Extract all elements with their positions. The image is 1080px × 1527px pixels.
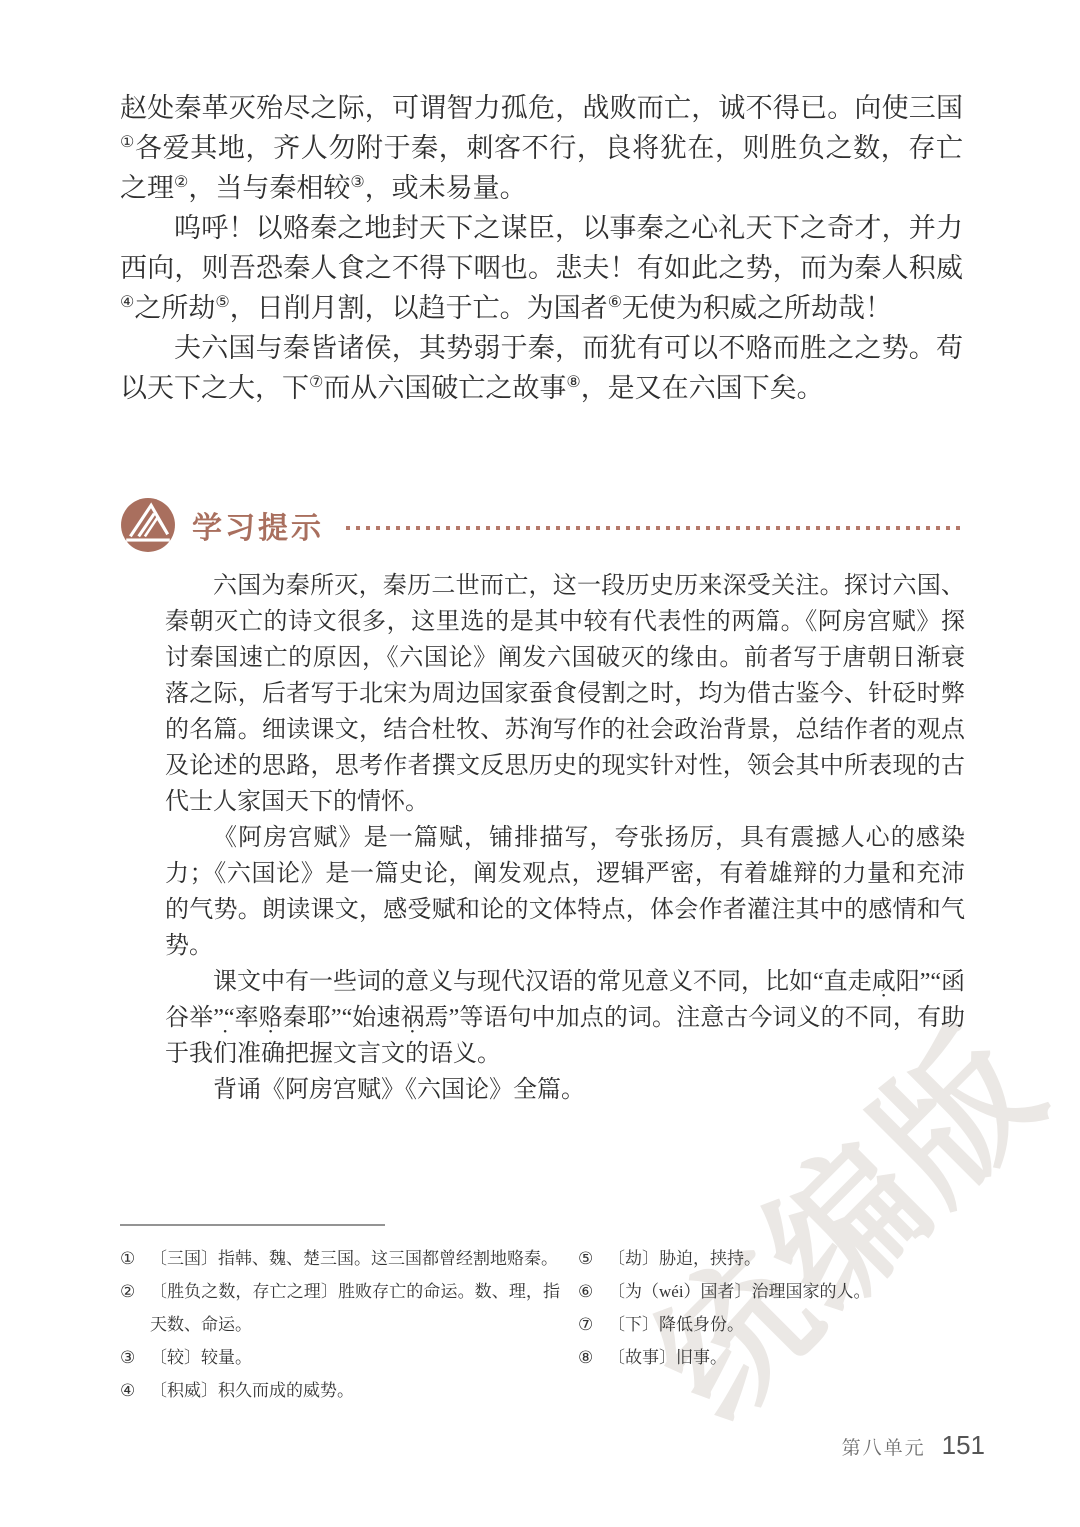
footnote-number: ⑥ [578,1275,608,1308]
text-run: 六国为秦所灭，秦历二世而亡，这一段历史历来深受关注。探讨六国、秦朝灭亡的诗文很多… [165,573,965,815]
footnote-item: ① 〔三国〕指韩、魏、楚三国。这三国都曾经割地赂秦。 [120,1242,560,1275]
dotted-rule [346,526,965,530]
emphasized-char: 速 [376,1005,400,1031]
footnote-number: ② [120,1275,150,1341]
footnote-marker: ⑧ [566,374,580,391]
text-run: ，是又在六国下矣。 [581,373,824,403]
text-run: 呜呼！以赂秦之地封天下之谋臣，以事秦之心礼天下之奇才，并力西向，则吾恐秦人食之不… [120,213,963,283]
footer-page-number: 151 [942,1430,985,1461]
text-run: ，日削月割，以趋于亡。为国者 [230,293,608,323]
text-run: 之所劫 [134,293,215,323]
footnote-text: 〔胜负之数，存亡之理〕胜败存亡的命运。数、理，指天数、命运。 [150,1275,560,1341]
footnote-text: 〔三国〕指韩、魏、楚三国。这三国都曾经割地赂秦。 [150,1242,560,1275]
text-run: 无使为积威之所劫哉！ [622,293,892,323]
text-run: ，当与秦相较 [188,173,350,203]
footnote-text: 〔较〕较量。 [150,1341,560,1374]
footnote-marker: ⑥ [608,294,622,311]
footnote-number: ① [120,1242,150,1275]
text-run: 课文中有一些词的意义与现代汉语的常见意义不同，比如“直 [213,969,848,995]
tip-paragraph: 背诵《阿房宫赋》《六国论》全篇。 [165,1072,965,1108]
text-run: 《阿房宫赋》是一篇赋，铺排描写，夸张扬厉，具有震撼人心的感染力；《六国论》是一篇… [165,825,965,959]
footnote-number: ⑧ [578,1341,608,1374]
study-tip-header: 学习提示 [120,496,965,554]
footnote-column-left: ① 〔三国〕指韩、魏、楚三国。这三国都曾经割地赂秦。 ② 〔胜负之数，存亡之理〕… [120,1242,560,1407]
emphasized-char: 率 [235,1005,259,1031]
text-run: 背诵《阿房宫赋》《六国论》全篇。 [213,1077,585,1103]
footnote-text: 〔下〕降低身份。 [608,1308,965,1341]
footnote-number: ⑤ [578,1242,608,1275]
emphasized-char: 走 [848,969,872,995]
publisher-logo-icon [120,497,176,553]
footnote-text: 〔劫〕胁迫，挟持。 [608,1242,965,1275]
text-run: ，或未易量。 [365,173,527,203]
footer-unit-label: 第八单元 [842,1433,926,1460]
text-run: 而从六国破亡之故事 [323,373,566,403]
page-footer: 第八单元 151 [842,1430,985,1461]
footnote-item: ⑤ 〔劫〕胁迫，挟持。 [578,1242,965,1275]
footnote-columns: ① 〔三国〕指韩、魏、楚三国。这三国都曾经割地赂秦。 ② 〔胜负之数，存亡之理〕… [120,1242,965,1407]
text-run: 赵处秦革灭殆尽之际，可谓智力孤危，战败而亡，诚不得已。向使三国 [120,93,963,123]
footnote-marker: ② [174,174,188,191]
footnote-divider [120,1224,385,1226]
footnote-item: ⑦ 〔下〕降低身份。 [578,1308,965,1341]
tip-paragraph: 六国为秦所灭，秦历二世而亡，这一段历史历来深受关注。探讨六国、秦朝灭亡的诗文很多… [165,568,965,820]
main-paragraph: 呜呼！以赂秦之地封天下之谋臣，以事秦之心礼天下之奇才，并力西向，则吾恐秦人食之不… [120,208,963,328]
footnote-text: 〔积威〕积久而成的威势。 [150,1374,560,1407]
footnote-item: ⑥ 〔为（wéi）国者〕治理国家的人。 [578,1275,965,1308]
footnote-column-right: ⑤ 〔劫〕胁迫，挟持。 ⑥ 〔为（wéi）国者〕治理国家的人。 ⑦ 〔下〕降低身… [578,1242,965,1407]
footnote-item: ② 〔胜负之数，存亡之理〕胜败存亡的命运。数、理，指天数、命运。 [120,1275,560,1341]
footnote-number: ⑦ [578,1308,608,1341]
footnote-marker: ③ [350,174,364,191]
main-text: 赵处秦革灭殆尽之际，可谓智力孤危，战败而亡，诚不得已。向使三国①各爱其地，齐人勿… [120,88,963,408]
footnote-marker: ① [120,134,135,151]
textbook-page: { "colors": { "accent": "#a96f5e", "body… [0,0,1080,1527]
main-paragraph: 赵处秦革灭殆尽之际，可谓智力孤危，战败而亡，诚不得已。向使三国①各爱其地，齐人勿… [120,88,963,208]
study-tip-section: 学习提示 六国为秦所灭，秦历二世而亡，这一段历史历来深受关注。探讨六国、秦朝灭亡… [120,496,965,1108]
footnote-item: ⑧ 〔故事〕旧事。 [578,1341,965,1374]
main-paragraph: 夫六国与秦皆诸侯，其势弱于秦，而犹有可以不赂而胜之之势。苟以天下之大，下⑦而从六… [120,328,963,408]
tip-paragraph: 《阿房宫赋》是一篇赋，铺排描写，夸张扬厉，具有震撼人心的感染力；《六国论》是一篇… [165,820,965,964]
footnote-number: ③ [120,1341,150,1374]
footnotes-section: ① 〔三国〕指韩、魏、楚三国。这三国都曾经割地赂秦。 ② 〔胜负之数，存亡之理〕… [120,1224,965,1407]
footnote-marker: ④ [120,294,134,311]
footnote-text: 〔为（wéi）国者〕治理国家的人。 [608,1275,965,1308]
footnote-marker: ⑦ [309,374,323,391]
footnote-number: ④ [120,1374,150,1407]
emphasized-char: 举 [189,1005,213,1031]
footnote-item: ③ 〔较〕较量。 [120,1341,560,1374]
footnote-item: ④ 〔积威〕积久而成的威势。 [120,1374,560,1407]
text-run: 赂秦耶”“始 [259,1005,377,1031]
footnote-marker: ⑤ [215,294,229,311]
footnote-text: 〔故事〕旧事。 [608,1341,965,1374]
study-tip-title: 学习提示 [192,503,324,547]
tip-paragraph: 课文中有一些词的意义与现代汉语的常见意义不同，比如“直走咸阳”“函谷举”“率赂秦… [165,964,965,1072]
study-tip-body: 六国为秦所灭，秦历二世而亡，这一段历史历来深受关注。探讨六国、秦朝灭亡的诗文很多… [165,568,965,1108]
